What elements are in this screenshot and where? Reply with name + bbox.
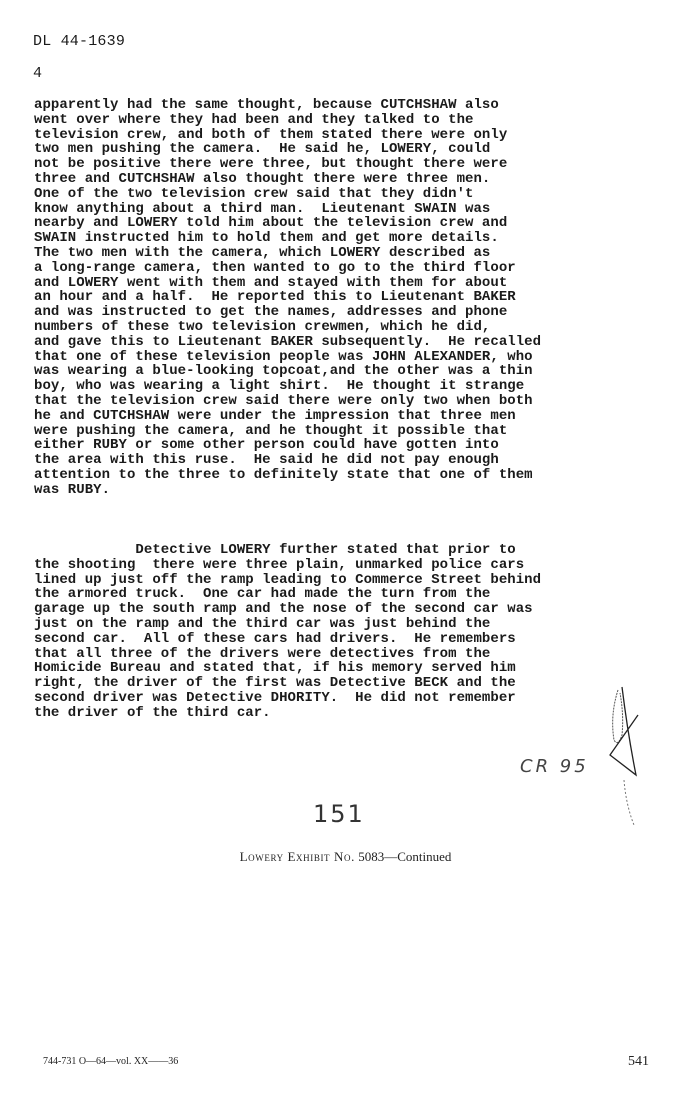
handwritten-page-number: 151 — [313, 800, 365, 828]
body-paragraph-2: Detective LOWERY further stated that pri… — [34, 543, 594, 721]
text-line: and LOWERY went with them and stayed wit… — [34, 276, 594, 291]
text-line: television crew, and both of them stated… — [34, 128, 594, 143]
text-line: went over where they had been and they t… — [34, 113, 594, 128]
text-line: attention to the three to definitely sta… — [34, 468, 594, 483]
page-index: 4 — [33, 65, 42, 82]
text-line: second driver was Detective DHORITY. He … — [34, 691, 594, 706]
text-line: nearby and LOWERY told him about the tel… — [34, 216, 594, 231]
exhibit-number: 5083 — [358, 849, 384, 864]
page-number: 541 — [628, 1054, 649, 1070]
text-line: either RUBY or some other person could h… — [34, 438, 594, 453]
text-line: second car. All of these cars had driver… — [34, 632, 594, 647]
file-number: DL 44-1639 — [33, 33, 125, 50]
text-line: Detective LOWERY further stated that pri… — [34, 543, 594, 558]
text-line: The two men with the camera, which LOWER… — [34, 246, 594, 261]
text-line: boy, who was wearing a light shirt. He t… — [34, 379, 594, 394]
text-line: garage up the south ramp and the nose of… — [34, 602, 594, 617]
text-line: apparently had the same thought, because… — [34, 98, 594, 113]
text-line: two men pushing the camera. He said he, … — [34, 142, 594, 157]
text-line: an hour and a half. He reported this to … — [34, 290, 594, 305]
text-line: and gave this to Lieutenant BAKER subseq… — [34, 335, 594, 350]
text-line: a long-range camera, then wanted to go t… — [34, 261, 594, 276]
exhibit-caption: Lowery Exhibit No. 5083—Continued — [0, 849, 691, 865]
exhibit-suffix: —Continued — [384, 849, 451, 864]
text-line: know anything about a third man. Lieuten… — [34, 202, 594, 217]
text-line: not be positive there were three, but th… — [34, 157, 594, 172]
text-line: numbers of these two television crewmen,… — [34, 320, 594, 335]
text-line: and was instructed to get the names, add… — [34, 305, 594, 320]
text-line: were pushing the camera, and he thought … — [34, 424, 594, 439]
text-line: Homicide Bureau and stated that, if his … — [34, 661, 594, 676]
text-line: three and CUTCHSHAW also thought there w… — [34, 172, 594, 187]
text-line: was wearing a blue-looking topcoat,and t… — [34, 364, 594, 379]
text-line: the area with this ruse. He said he did … — [34, 453, 594, 468]
signature-initials-icon — [600, 685, 660, 825]
print-code: 744-731 O—64—vol. XX——36 — [43, 1056, 178, 1067]
text-line: right, the driver of the first was Detec… — [34, 676, 594, 691]
text-line: he and CUTCHSHAW were under the impressi… — [34, 409, 594, 424]
text-line: SWAIN instructed him to hold them and ge… — [34, 231, 594, 246]
text-line: was RUBY. — [34, 483, 594, 498]
text-line: the shooting there were three plain, unm… — [34, 558, 594, 573]
exhibit-caption-name: Lowery Exhibit No. — [240, 849, 355, 864]
body-paragraph-1: apparently had the same thought, because… — [34, 98, 594, 498]
text-line: that one of these television people was … — [34, 350, 594, 365]
text-line: that the television crew said there were… — [34, 394, 594, 409]
text-line: One of the two television crew said that… — [34, 187, 594, 202]
text-line: that all three of the drivers were detec… — [34, 647, 594, 662]
text-line: lined up just off the ramp leading to Co… — [34, 573, 594, 588]
text-line: just on the ramp and the third car was j… — [34, 617, 594, 632]
text-line: the driver of the third car. — [34, 706, 594, 721]
text-line: the armored truck. One car had made the … — [34, 587, 594, 602]
handwritten-mark: CR 95 — [520, 756, 589, 777]
